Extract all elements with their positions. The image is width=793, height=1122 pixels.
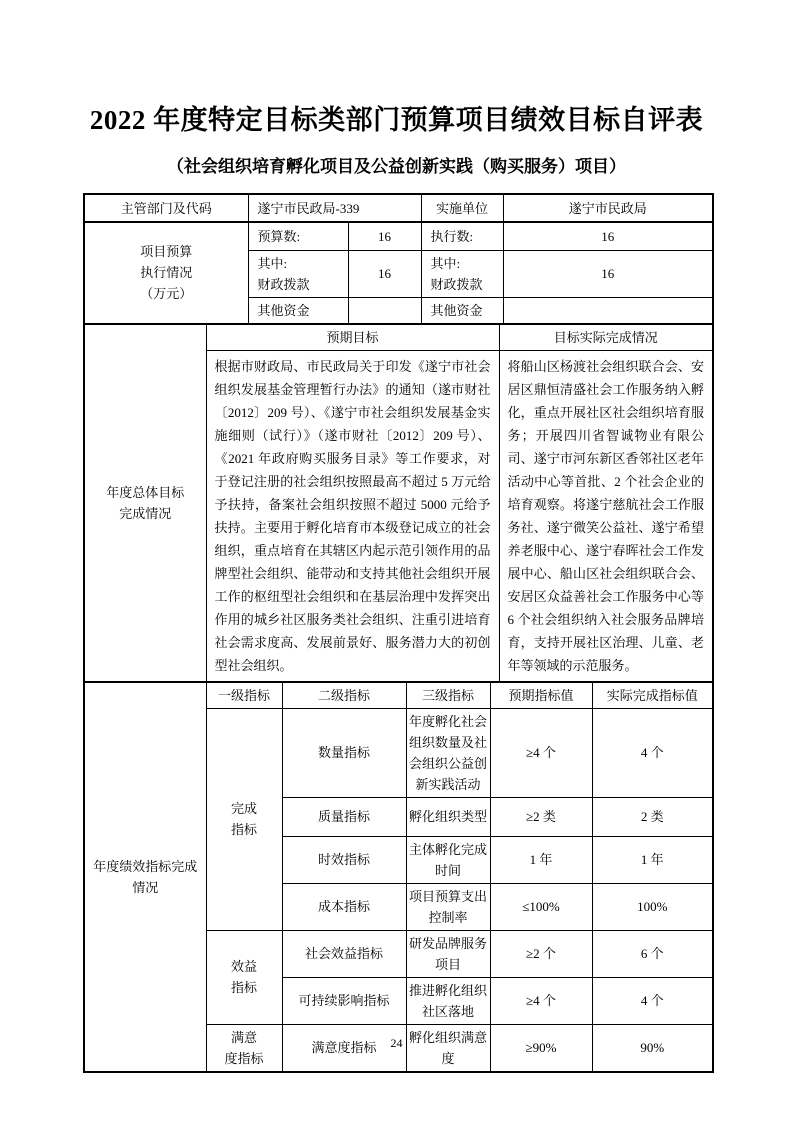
expected-value-cell: ≥2 类 — [490, 797, 592, 836]
actual-value-cell: 1 年 — [592, 836, 713, 883]
dept-label-cell: 主管部门及代码 — [84, 194, 248, 222]
impl-value-cell: 遂宁市民政局 — [503, 194, 713, 222]
annual-goal-row-label-cell: 年度总体目标 完成情况 — [84, 324, 206, 682]
impl-label-cell: 实施单位 — [421, 194, 503, 222]
actual-goal-text-cell: 将船山区杨渡社会组织联合会、安居区鼎恒清盛社会工作服务纳入孵化，重点开展社区社会… — [499, 350, 713, 682]
expected-value-cell: ≥2 个 — [490, 930, 592, 977]
level1-header-cell: 一级指标 — [206, 682, 282, 709]
actual-goal-header-cell: 目标实际完成情况 — [499, 324, 713, 351]
actual-value-cell: 4 个 — [592, 977, 713, 1024]
level3-cell: 项目预算支出控制率 — [406, 883, 490, 930]
annual-goal-table: 年度总体目标 完成情况 预期目标 目标实际完成情况 根据市财政局、市民政局关于印… — [83, 323, 714, 683]
level3-cell: 年度孵化社会组织数量及社会组织公益创新实践活动 — [406, 708, 490, 797]
level3-header-cell: 三级指标 — [406, 682, 490, 709]
dept-value-cell: 遂宁市民政局-339 — [248, 194, 421, 222]
exec-number-label-cell: 执行数: — [421, 222, 503, 250]
table-row: 项目预算 执行情况 （万元） 预算数: 16 执行数: 16 — [84, 222, 713, 250]
expected-goal-header-cell: 预期目标 — [206, 324, 499, 351]
exec-number-value-cell: 16 — [503, 222, 713, 250]
level2-header-cell: 二级指标 — [282, 682, 406, 709]
table-row: 年度总体目标 完成情况 预期目标 目标实际完成情况 — [84, 324, 713, 351]
document-page: 2022 年度特定目标类部门预算项目绩效目标自评表 （社会组织培育孵化项目及公益… — [0, 0, 793, 1122]
expected-value-cell: ≥4 个 — [490, 708, 592, 797]
level1-completion-cell: 完成 指标 — [206, 708, 282, 930]
budget-number-value-cell: 16 — [348, 222, 421, 250]
actual-value-cell: 4 个 — [592, 708, 713, 797]
level3-cell: 主体孵化完成时间 — [406, 836, 490, 883]
level3-cell: 推进孵化组织社区落地 — [406, 977, 490, 1024]
table-row: 年度绩效指标完成 情况 一级指标 二级指标 三级指标 预期指标值 实际完成指标值 — [84, 682, 713, 709]
page-subtitle: （社会组织培育孵化项目及公益创新实践（购买服务）项目） — [0, 156, 793, 178]
expected-value-cell: ≥4 个 — [490, 977, 592, 1024]
actual-value-cell: 6 个 — [592, 930, 713, 977]
other-funds-label-left-cell: 其他资金 — [248, 297, 348, 324]
level2-cell: 数量指标 — [282, 708, 406, 797]
expected-value-cell: ≤100% — [490, 883, 592, 930]
other-funds-label-right-cell: 其他资金 — [421, 297, 503, 324]
actual-value-cell: 100% — [592, 883, 713, 930]
level2-cell: 时效指标 — [282, 836, 406, 883]
fiscal-label-left-cell: 其中: 财政拨款 — [248, 250, 348, 297]
other-funds-value-left-cell — [348, 297, 421, 324]
budget-number-label-cell: 预算数: — [248, 222, 348, 250]
fiscal-value-left-cell: 16 — [348, 250, 421, 297]
indicators-row-label-cell: 年度绩效指标完成 情况 — [84, 682, 206, 1072]
level1-benefit-cell: 效益 指标 — [206, 930, 282, 1024]
level2-cell: 质量指标 — [282, 797, 406, 836]
level2-cell: 成本指标 — [282, 883, 406, 930]
expected-header-cell: 预期指标值 — [490, 682, 592, 709]
indicators-table: 年度绩效指标完成 情况 一级指标 二级指标 三级指标 预期指标值 实际完成指标值… — [83, 681, 714, 1073]
level3-cell: 研发品牌服务项目 — [406, 930, 490, 977]
level2-cell: 可持续影响指标 — [282, 977, 406, 1024]
page-number: 24 — [0, 1036, 793, 1051]
actual-value-cell: 2 类 — [592, 797, 713, 836]
other-funds-value-right-cell — [503, 297, 713, 324]
page-title: 2022 年度特定目标类部门预算项目绩效目标自评表 — [0, 0, 793, 137]
actual-header-cell: 实际完成指标值 — [592, 682, 713, 709]
fiscal-value-right-cell: 16 — [503, 250, 713, 297]
expected-value-cell: 1 年 — [490, 836, 592, 883]
level2-cell: 社会效益指标 — [282, 930, 406, 977]
fiscal-label-right-cell: 其中: 财政拨款 — [421, 250, 503, 297]
table-row: 主管部门及代码 遂宁市民政局-339 实施单位 遂宁市民政局 — [84, 194, 713, 222]
table-container: 主管部门及代码 遂宁市民政局-339 实施单位 遂宁市民政局 项目预算 执行情况… — [83, 193, 712, 1073]
budget-table: 主管部门及代码 遂宁市民政局-339 实施单位 遂宁市民政局 项目预算 执行情况… — [83, 193, 714, 325]
expected-goal-text-cell: 根据市财政局、市民政局关于印发《遂宁市社会组织发展基金管理暂行办法》的通知（遂市… — [206, 350, 499, 682]
level3-cell: 孵化组织类型 — [406, 797, 490, 836]
budget-row-label-cell: 项目预算 执行情况 （万元） — [84, 222, 248, 324]
